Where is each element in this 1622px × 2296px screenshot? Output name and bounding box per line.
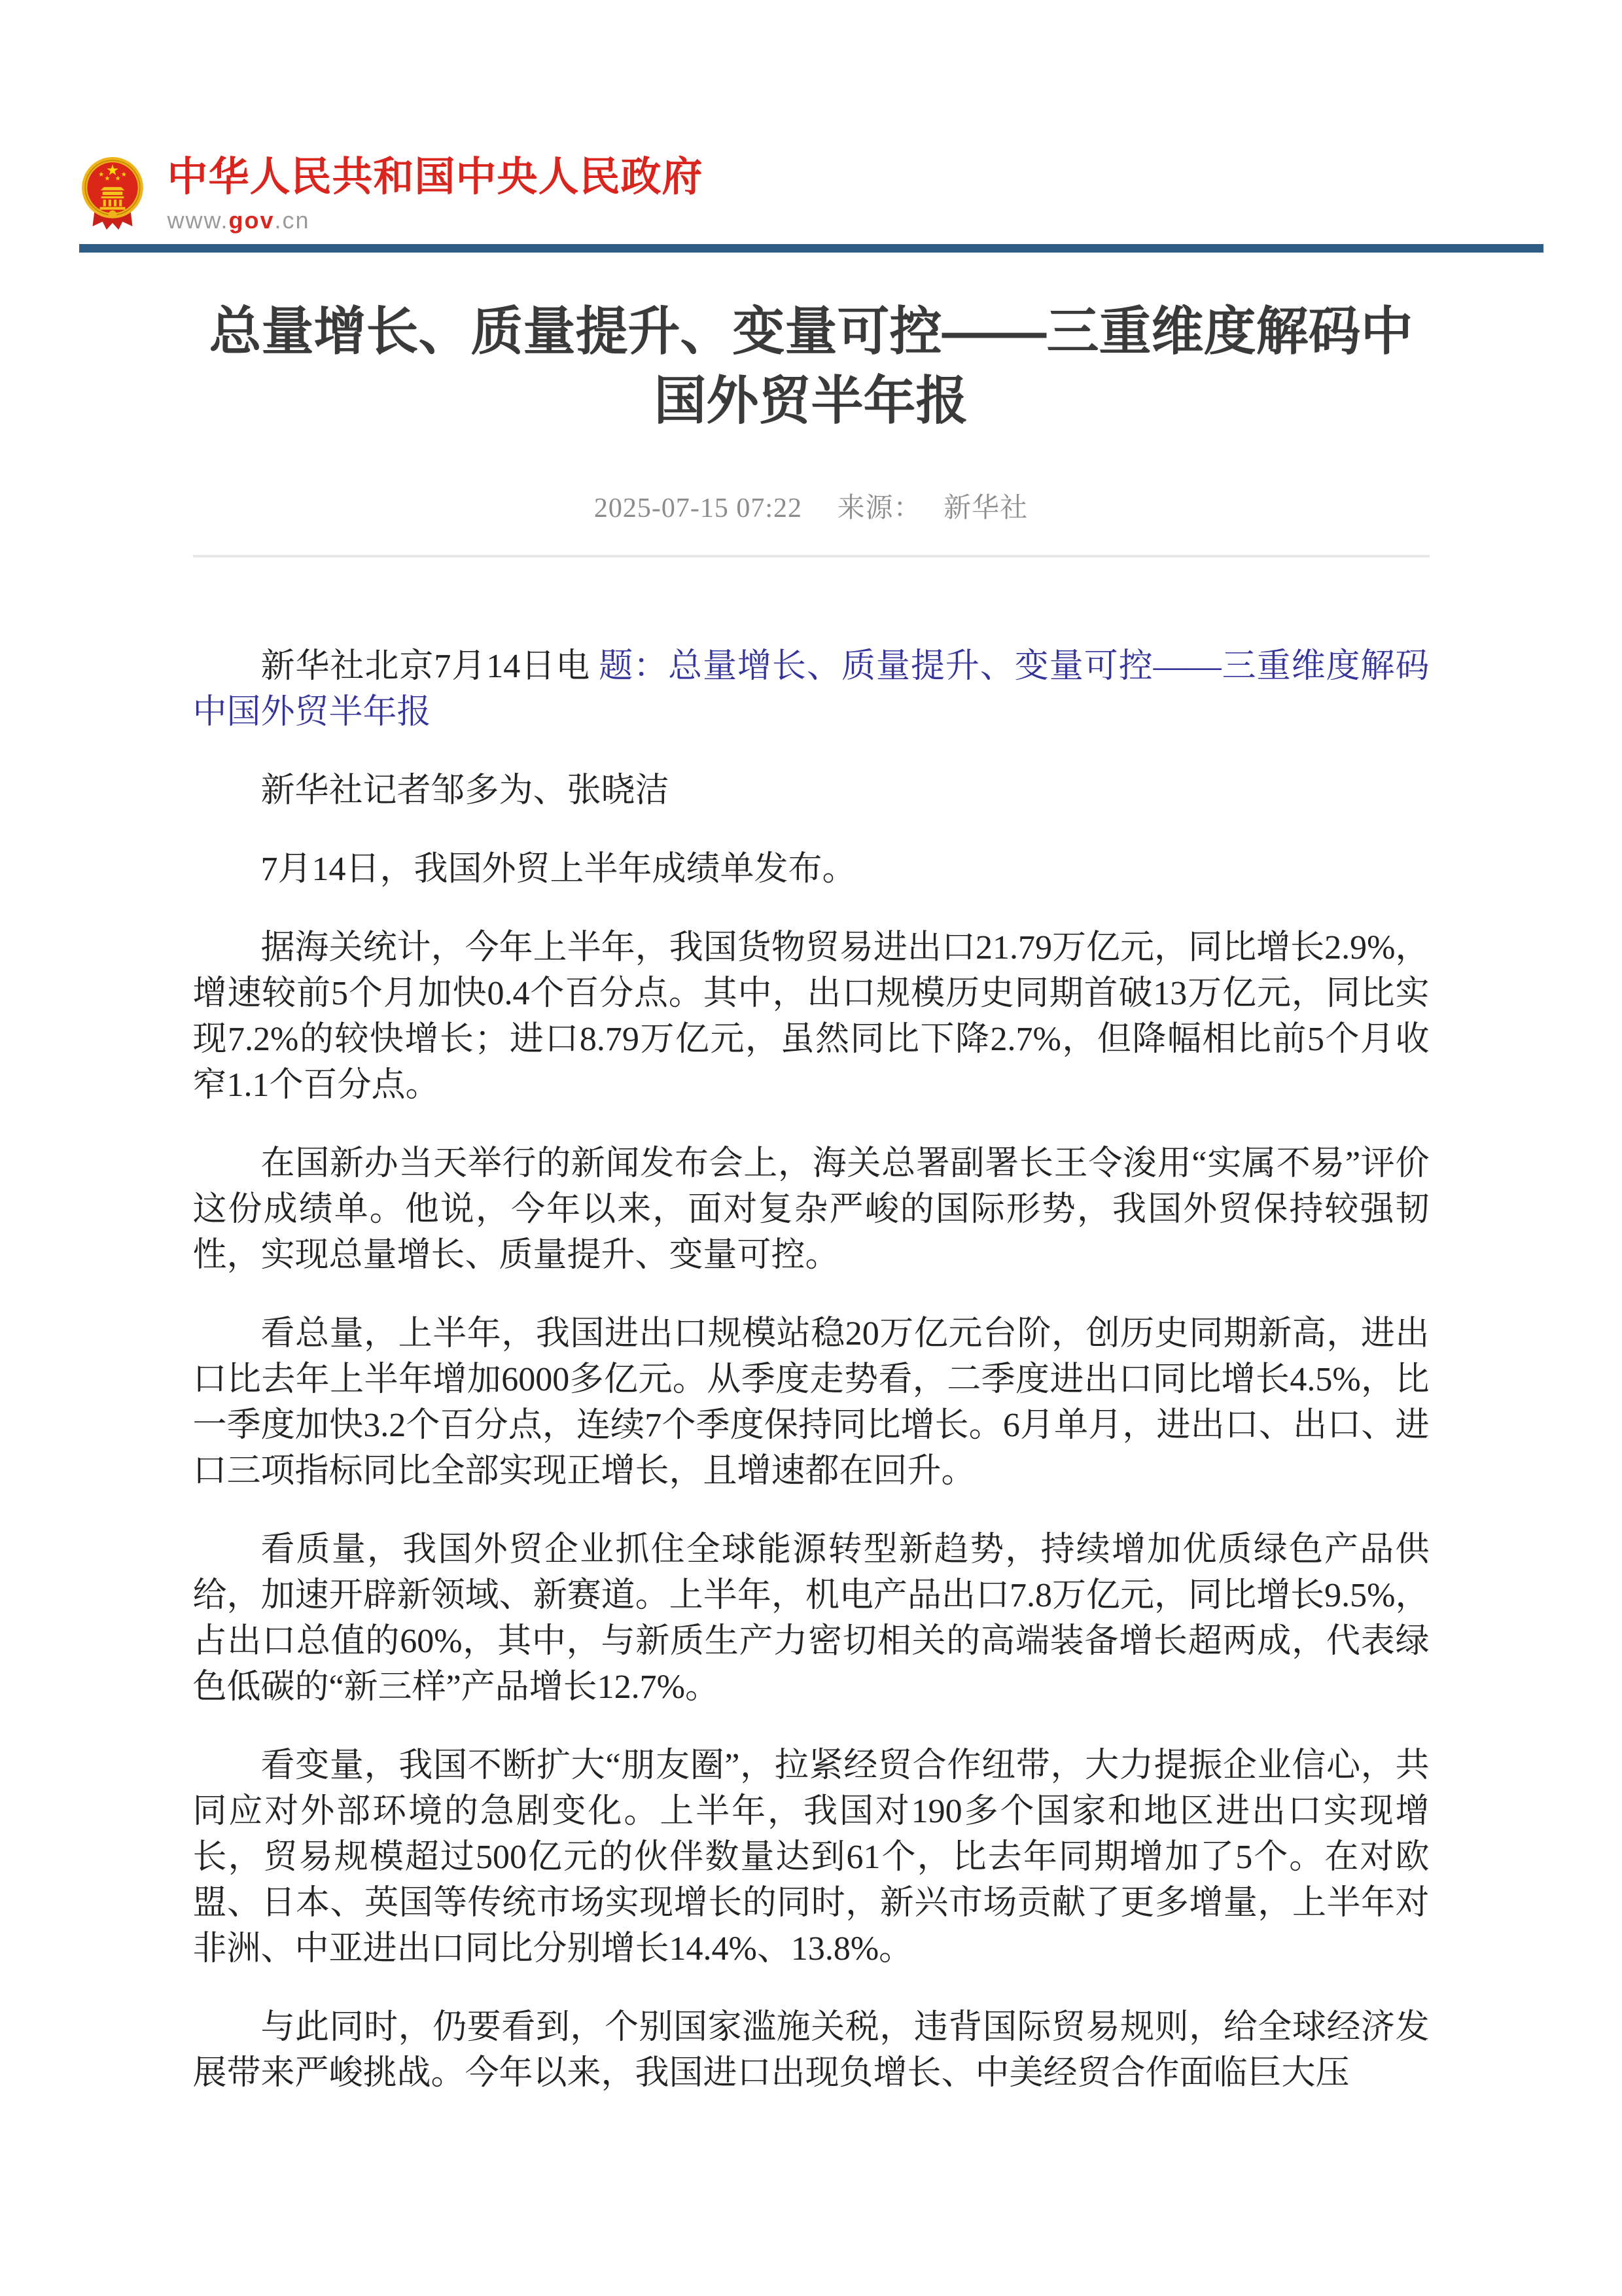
header-divider-bar: [79, 244, 1543, 253]
site-url: www.gov.cn: [167, 209, 703, 232]
article-title-line1: 总量增长、质量提升、变量可控——三重维度解码中: [193, 297, 1430, 366]
publish-datetime: 2025-07-15 07:22: [594, 493, 802, 523]
site-url-prefix: www.: [167, 207, 229, 234]
source-label: 来源：: [837, 493, 922, 523]
paragraph-lead: 新华社北京7月14日电题：总量增长、质量提升、变量可控——三重维度解码中国外贸半…: [193, 644, 1430, 735]
paragraph: 看总量，上半年，我国进出口规模站稳20万亿元台阶，创历史同期新高，进出口比去年上…: [193, 1311, 1430, 1494]
national-emblem-icon: [79, 156, 146, 230]
paragraph-lead-dateline: 新华社北京7月14日电: [261, 648, 591, 685]
paragraph: 据海关统计，今年上半年，我国货物贸易进出口21.79万亿元，同比增长2.9%，增…: [193, 925, 1430, 1108]
site-url-gov: gov: [229, 207, 275, 234]
site-logo-link[interactable]: 中华人民共和国中央人民政府 www.gov.cn: [79, 156, 1543, 232]
article-title: 总量增长、质量提升、变量可控——三重维度解码中 国外贸半年报: [193, 297, 1430, 436]
article-body: 新华社北京7月14日电题：总量增长、质量提升、变量可控——三重维度解码中国外贸半…: [193, 644, 1430, 2096]
meta-divider: [193, 555, 1430, 557]
article-title-line2: 国外贸半年报: [193, 366, 1430, 436]
site-url-suffix: .cn: [275, 207, 310, 234]
article-meta: 2025-07-15 07:22 来源： 新华社: [193, 492, 1430, 525]
paragraph: 看变量，我国不断扩大“朋友圈”，拉紧经贸合作纽带，大力提振企业信心，共同应对外部…: [193, 1743, 1430, 1972]
site-name: 中华人民共和国中央人民政府: [167, 156, 703, 198]
paragraph: 在国新办当天举行的新闻发布会上，海关总署副署长王令浚用“实属不易”评价这份成绩单…: [193, 1141, 1430, 1279]
article-container: 总量增长、质量提升、变量可控——三重维度解码中 国外贸半年报 2025-07-1…: [193, 297, 1430, 2096]
paragraph: 新华社记者邹多为、张晓洁: [193, 768, 1430, 814]
paragraph: 与此同时，仍要看到，个别国家滥施关税，违背国际贸易规则，给全球经济发展带来严峻挑…: [193, 2005, 1430, 2096]
paragraph: 7月14日，我国外贸上半年成绩单发布。: [193, 847, 1430, 892]
page-header: 中华人民共和国中央人民政府 www.gov.cn: [79, 0, 1543, 232]
source-name: 新华社: [943, 493, 1028, 523]
paragraph: 看质量，我国外贸企业抓住全球能源转型新趋势，持续增加优质绿色产品供给，加速开辟新…: [193, 1527, 1430, 1710]
site-brand-text: 中华人民共和国中央人民政府 www.gov.cn: [167, 156, 703, 232]
